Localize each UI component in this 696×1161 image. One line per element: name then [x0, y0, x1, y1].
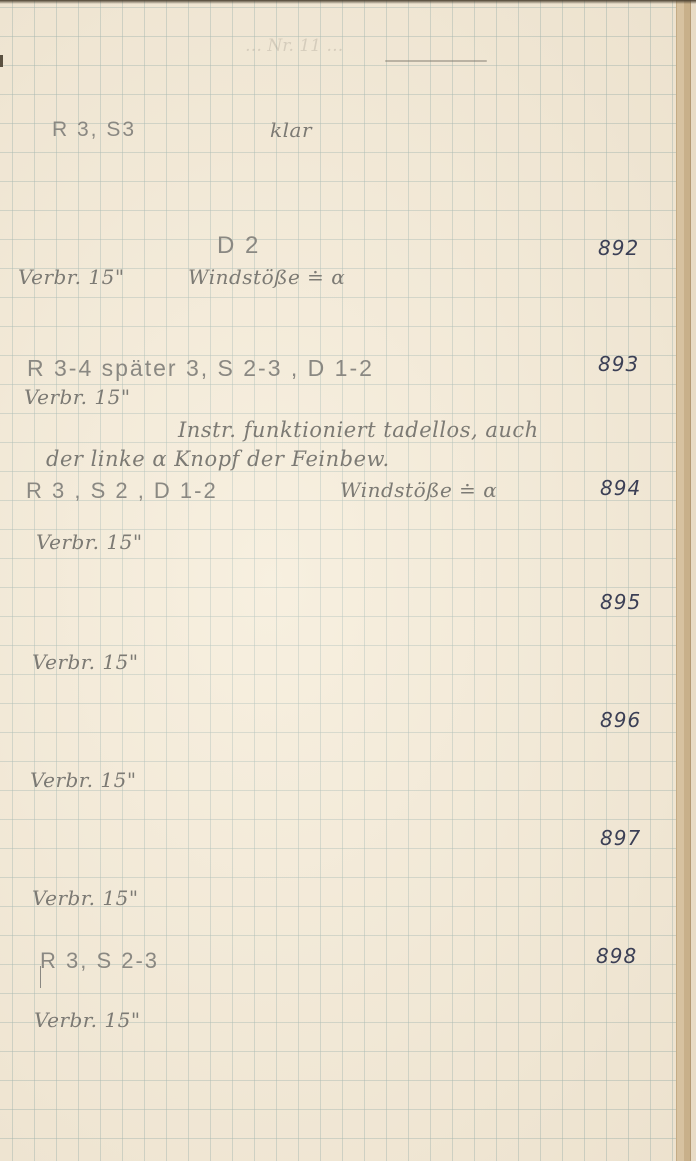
page-edge-mark	[0, 55, 3, 67]
entry-894-code: R 3 , S 2 , D 1-2	[26, 478, 218, 504]
entry-893-note-2: der linke α Knopf der Feinbew.	[46, 447, 390, 471]
entry-892-number: 892	[598, 236, 639, 260]
entry-894-verbr: Verbr. 15"	[36, 530, 143, 554]
cover-edge	[690, 0, 696, 1161]
pencil-tick-mark	[40, 966, 41, 988]
top-shadow	[0, 0, 696, 4]
entry-897-verbr: Verbr. 15"	[32, 886, 139, 910]
ghost-header: … Nr. 11 …	[245, 36, 343, 56]
entry-893-code: R 3-4 später 3, S 2-3 , D 1-2	[27, 355, 374, 382]
entry-892-code: D 2	[217, 232, 260, 260]
header-word: klar	[270, 118, 312, 142]
entry-898-number: 898	[596, 944, 637, 968]
entry-894-number: 894	[600, 476, 641, 500]
entry-895-verbr: Verbr. 15"	[32, 650, 139, 674]
entry-897-number: 897	[600, 826, 641, 850]
entry-898-code: R 3, S 2-3	[40, 948, 159, 974]
entry-894-note: Windstöße ≐ α	[340, 478, 497, 502]
entry-898-verbr: Verbr. 15"	[34, 1008, 141, 1032]
entry-893-verbr: Verbr. 15"	[24, 385, 131, 409]
entry-893-note-1: Instr. funktioniert tadellos, auch	[178, 418, 539, 442]
notebook-page: … Nr. 11 … R 3, S3 klar D 2 892 Verbr. 1…	[0, 0, 676, 1161]
entry-896-verbr: Verbr. 15"	[30, 768, 137, 792]
entry-892-verbr: Verbr. 15"	[18, 265, 125, 289]
entry-892-note: Windstöße ≐ α	[188, 265, 345, 289]
entry-893-number: 893	[598, 352, 639, 376]
header-code: R 3, S3	[52, 118, 136, 142]
ghost-underline	[385, 60, 487, 62]
entry-896-number: 896	[600, 708, 641, 732]
entry-895-number: 895	[600, 590, 641, 614]
